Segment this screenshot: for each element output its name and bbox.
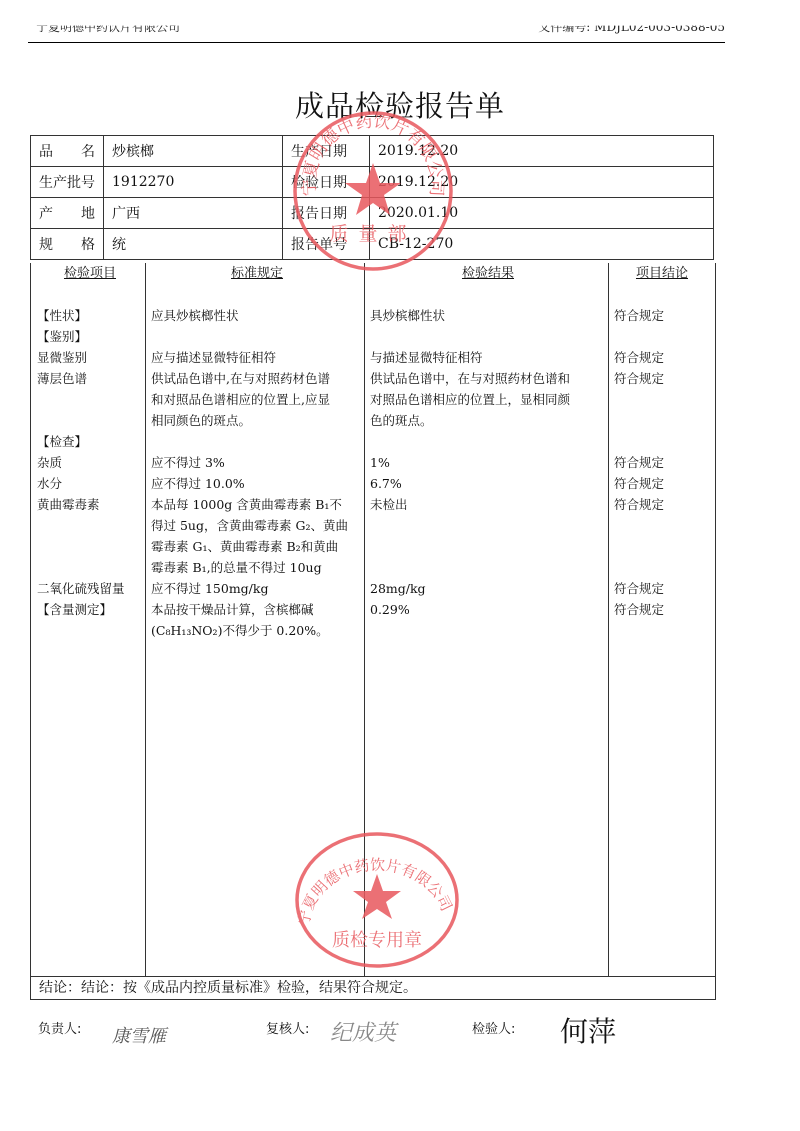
standard-text: 和对照品色谱相应的位置上,应显: [151, 389, 363, 410]
reviewer-label: 复核人:: [266, 1018, 309, 1037]
column-divider: [608, 263, 609, 976]
inspector-signature: 何萍: [560, 1010, 616, 1050]
report-no-value: CB-12-270: [370, 229, 714, 260]
standard-text: 得过 5ug，含黄曲霉毒素 G₂、黄曲: [151, 515, 363, 536]
standard-text: [151, 284, 363, 305]
batch-value: 1912270: [104, 167, 283, 198]
conclusion-text: 符合规定: [614, 305, 710, 326]
result-text: 0.29%: [370, 599, 606, 620]
conclusion-text: [614, 536, 710, 557]
test-item: [37, 515, 143, 536]
test-item: [37, 557, 143, 578]
header-test-item: 检验项目: [37, 263, 143, 284]
result-text: [370, 326, 606, 347]
column-conclusions: 项目结论符合规定符合规定符合规定符合规定符合规定符合规定符合规定符合规定: [614, 263, 710, 641]
prod-date-value: 2019.12.20: [370, 136, 714, 167]
svg-text:宁夏明德中药饮片有限公司: 宁夏明德中药饮片有限公司: [295, 856, 456, 927]
inspector-label: 检验人:: [472, 1018, 515, 1037]
document-number: 文件编号: MDJL02-003-0388-05: [538, 18, 725, 35]
standard-text: 应具炒槟榔性状: [151, 305, 363, 326]
result-text: 对照品色谱相应的位置上，显相同颜: [370, 389, 606, 410]
conclusion-text: 符合规定: [614, 452, 710, 473]
column-test-items: 检验项目【性状】【鉴别】显微鉴别薄层色谱【检查】杂质水分黄曲霉毒素二氧化硫残留量…: [37, 263, 143, 641]
result-text: [370, 515, 606, 536]
page-header: 宁夏明德中药饮片有限公司 文件编号: MDJL02-003-0388-05: [28, 22, 725, 43]
conclusion-text: [614, 620, 710, 641]
product-name-value: 炒槟榔: [104, 136, 283, 167]
test-item: 【性状】: [37, 305, 143, 326]
reviewer-signature: 纪成英: [330, 1016, 396, 1047]
test-item: 水分: [37, 473, 143, 494]
column-divider: [364, 263, 365, 976]
test-item: 黄曲霉毒素: [37, 494, 143, 515]
test-item: [37, 620, 143, 641]
result-text: [370, 557, 606, 578]
conclusion-text: 符合规定: [614, 347, 710, 368]
standard-text: 相同颜色的斑点。: [151, 410, 363, 431]
test-item: [37, 536, 143, 557]
result-text: 供试品色谱中，在与对照药材色谱和: [370, 368, 606, 389]
test-results-table: 检验项目【性状】【鉴别】显微鉴别薄层色谱【检查】杂质水分黄曲霉毒素二氧化硫残留量…: [30, 263, 716, 977]
result-text: 具炒槟榔性状: [370, 305, 606, 326]
responsible-label: 负责人:: [38, 1018, 81, 1037]
standard-text: 本品按干燥品计算，含槟榔碱: [151, 599, 363, 620]
test-item: 二氧化硫残留量: [37, 578, 143, 599]
test-date-value: 2019.12.20: [370, 167, 714, 198]
company-name: 宁夏明德中药饮片有限公司: [36, 18, 180, 35]
result-text: 色的斑点。: [370, 410, 606, 431]
prod-date-label: 生产日期: [283, 136, 370, 167]
standard-text: (C₈H₁₃NO₂)不得少于 0.20%。: [151, 620, 363, 641]
conclusion-row: 结论：结论：按《成品内控质量标准》检验，结果符合规定。: [30, 976, 716, 1000]
standard-text: 供试品色谱中,在与对照药材色谱: [151, 368, 363, 389]
conclusion-text: 符合规定: [614, 368, 710, 389]
report-date-label: 报告日期: [283, 198, 370, 229]
result-text: [370, 284, 606, 305]
standard-text: 霉毒素 G₁、黄曲霉毒素 B₂和黄曲: [151, 536, 363, 557]
test-item: 杂质: [37, 452, 143, 473]
header-conclusion: 项目结论: [614, 263, 710, 284]
header-result: 检验结果: [370, 263, 606, 284]
conclusion-text: 符合规定: [614, 473, 710, 494]
conclusion-text: [614, 431, 710, 452]
result-text: [370, 620, 606, 641]
column-standards: 标准规定应具炒槟榔性状应与描述显微特征相符供试品色谱中,在与对照药材色谱和对照品…: [151, 263, 363, 641]
test-item: 【鉴别】: [37, 326, 143, 347]
report-date-value: 2020.01.10: [370, 198, 714, 229]
test-item: [37, 284, 143, 305]
conclusion-text: 符合规定: [614, 494, 710, 515]
batch-label: 生产批号: [31, 167, 104, 198]
conclusion-text: [614, 410, 710, 431]
qc-stamp: 宁夏明德中药饮片有限公司 质检专用章: [293, 828, 461, 968]
standard-text: 霉毒素 B₁,的总量不得过 10ug: [151, 557, 363, 578]
result-text: 与描述显微特征相符: [370, 347, 606, 368]
conclusion-text: [614, 284, 710, 305]
test-item: 显微鉴别: [37, 347, 143, 368]
standard-text: 应不得过 10.0%: [151, 473, 363, 494]
origin-label: 产地: [31, 198, 104, 229]
svg-text:质检专用章: 质检专用章: [332, 930, 422, 951]
spec-label: 规格: [31, 229, 104, 260]
standard-text: [151, 326, 363, 347]
spec-value: 统: [104, 229, 283, 260]
standard-text: [151, 431, 363, 452]
report-title: 成品检验报告单: [0, 84, 800, 125]
column-results: 检验结果具炒槟榔性状与描述显微特征相符供试品色谱中，在与对照药材色谱和对照品色谱…: [370, 263, 606, 641]
conclusion-text: [614, 389, 710, 410]
responsible-signature: 康雪雁: [112, 1022, 166, 1048]
result-text: [370, 536, 606, 557]
conclusion-text: 符合规定: [614, 599, 710, 620]
result-text: 6.7%: [370, 473, 606, 494]
result-text: 1%: [370, 452, 606, 473]
conclusion-text: [614, 557, 710, 578]
test-date-label: 检验日期: [283, 167, 370, 198]
header-standard: 标准规定: [151, 263, 363, 284]
test-item: 【检查】: [37, 431, 143, 452]
result-text: 28mg/kg: [370, 578, 606, 599]
standard-text: 本品每 1000g 含黄曲霉毒素 B₁不: [151, 494, 363, 515]
test-item: [37, 410, 143, 431]
result-text: 未检出: [370, 494, 606, 515]
test-item: 【含量测定】: [37, 599, 143, 620]
conclusion-text: 符合规定: [614, 578, 710, 599]
report-no-label: 报告单号: [283, 229, 370, 260]
test-item: 薄层色谱: [37, 368, 143, 389]
result-text: [370, 431, 606, 452]
test-item: [37, 389, 143, 410]
standard-text: 应不得过 150mg/kg: [151, 578, 363, 599]
product-name-label: 品名: [31, 136, 104, 167]
product-info-table: 品名 炒槟榔 生产日期 2019.12.20 生产批号 1912270 检验日期…: [30, 135, 714, 260]
origin-value: 广西: [104, 198, 283, 229]
conclusion-text: [614, 326, 710, 347]
column-divider: [145, 263, 146, 976]
standard-text: 应与描述显微特征相符: [151, 347, 363, 368]
conclusion-text: [614, 515, 710, 536]
standard-text: 应不得过 3%: [151, 452, 363, 473]
